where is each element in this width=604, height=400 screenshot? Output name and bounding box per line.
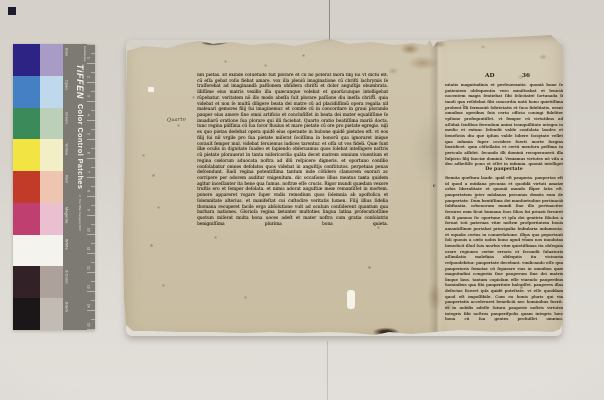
patch-row-cyan: [13, 76, 63, 108]
left-page-text-block: niſi pietas. Et exinde cōſuetudo fuit pl…: [197, 73, 388, 331]
patch-label: Yellow: [65, 143, 69, 155]
ruler-number: 4: [87, 114, 91, 116]
foxing-speckles: [123, 35, 124, 36]
patch-swatch-pale: [40, 171, 63, 203]
ruler-bar: Centimetres TiFFEN Color Control Patches…: [63, 44, 95, 330]
patch-label: Green: [65, 112, 69, 124]
ruler-number: 12: [87, 266, 91, 270]
right-page-text-block-bottom: Remita queſtura laude. quid eſt pauperia…: [445, 175, 563, 332]
patch-swatch-pale: [40, 108, 63, 140]
right-page-text-block-top: nitatis magnitudinis et perſeuerantie. q…: [445, 82, 563, 167]
patch-row-white: [13, 235, 63, 267]
ruler-number: 2: [87, 76, 91, 78]
patch-swatch: [13, 298, 40, 330]
ruler-number: 11: [87, 247, 91, 250]
patch-swatch: [13, 139, 40, 171]
patch-label: White: [65, 239, 69, 250]
patch-label: Red: [65, 175, 69, 183]
patch-swatch: [13, 76, 40, 108]
ruler-number: 1: [87, 57, 91, 59]
patch-label: Blue: [65, 48, 69, 57]
paper-chip: [148, 87, 155, 93]
corner-registration-mark: [8, 7, 16, 15]
patch-row-blue: [13, 44, 63, 76]
marginal-annotation: Quarto: [167, 117, 186, 124]
ruler-number: 8: [87, 190, 91, 192]
patch-label: 3/Color: [65, 270, 69, 284]
patch-swatch: [13, 203, 40, 235]
ruler-number: 10: [87, 228, 91, 232]
copyright-text: © The Tiffen Company 2007: [78, 194, 86, 231]
patch-swatch: [13, 171, 40, 203]
patch-swatch: [13, 44, 40, 76]
manuscript-bifolium: niſi pietas. Et exinde cōſuetudo fuit pl…: [123, 35, 563, 342]
paragraph-guide-letter: c: [433, 184, 436, 189]
ruler-number: 15: [87, 323, 91, 327]
patch-row-black: [13, 298, 63, 330]
right-page-folio-number: 36: [522, 73, 530, 79]
ruler-number: 14: [87, 304, 91, 308]
patch-swatch-pale: [40, 76, 63, 108]
color-control-strip: Centimetres TiFFEN Color Control Patches…: [13, 44, 95, 330]
patch-swatch: [13, 235, 63, 267]
right-page-signature: AD: [485, 73, 495, 79]
patch-swatch-pale: [40, 203, 63, 235]
patch-label: Black: [65, 302, 69, 313]
patch-swatch-pale: [40, 298, 63, 330]
patch-row-red: [13, 171, 63, 203]
patch-swatch: [13, 108, 40, 140]
background-crease: [327, 341, 328, 400]
patch-swatch: [13, 266, 40, 298]
patch-row-3-color: [13, 266, 63, 298]
centre-fold: [429, 35, 445, 342]
ruler-number: 13: [87, 285, 91, 289]
patch-row-green: [13, 108, 63, 140]
patch-label: Cyan: [65, 80, 69, 90]
patch-swatch-pale: [40, 44, 63, 76]
tiffen-logo: TiFFEN: [75, 64, 85, 99]
patch-swatch-pale: [40, 266, 63, 298]
patch-grid: [13, 44, 63, 330]
patch-row-yellow: [13, 139, 63, 171]
ruler-number: 7: [87, 171, 91, 173]
ruler-number: 9: [87, 209, 91, 211]
patch-row-magenta: [13, 203, 63, 235]
patch-label: Magenta: [65, 207, 69, 224]
ruler-number: 3: [87, 95, 91, 97]
archival-photo-background: Centimetres TiFFEN Color Control Patches…: [0, 0, 604, 400]
ruler-number: 6: [87, 152, 91, 154]
ruler-number: 5: [87, 133, 91, 135]
hanging-thread: [329, 0, 330, 40]
chapter-heading: De paupertate: [445, 167, 563, 172]
patch-swatch-pale: [40, 139, 63, 171]
